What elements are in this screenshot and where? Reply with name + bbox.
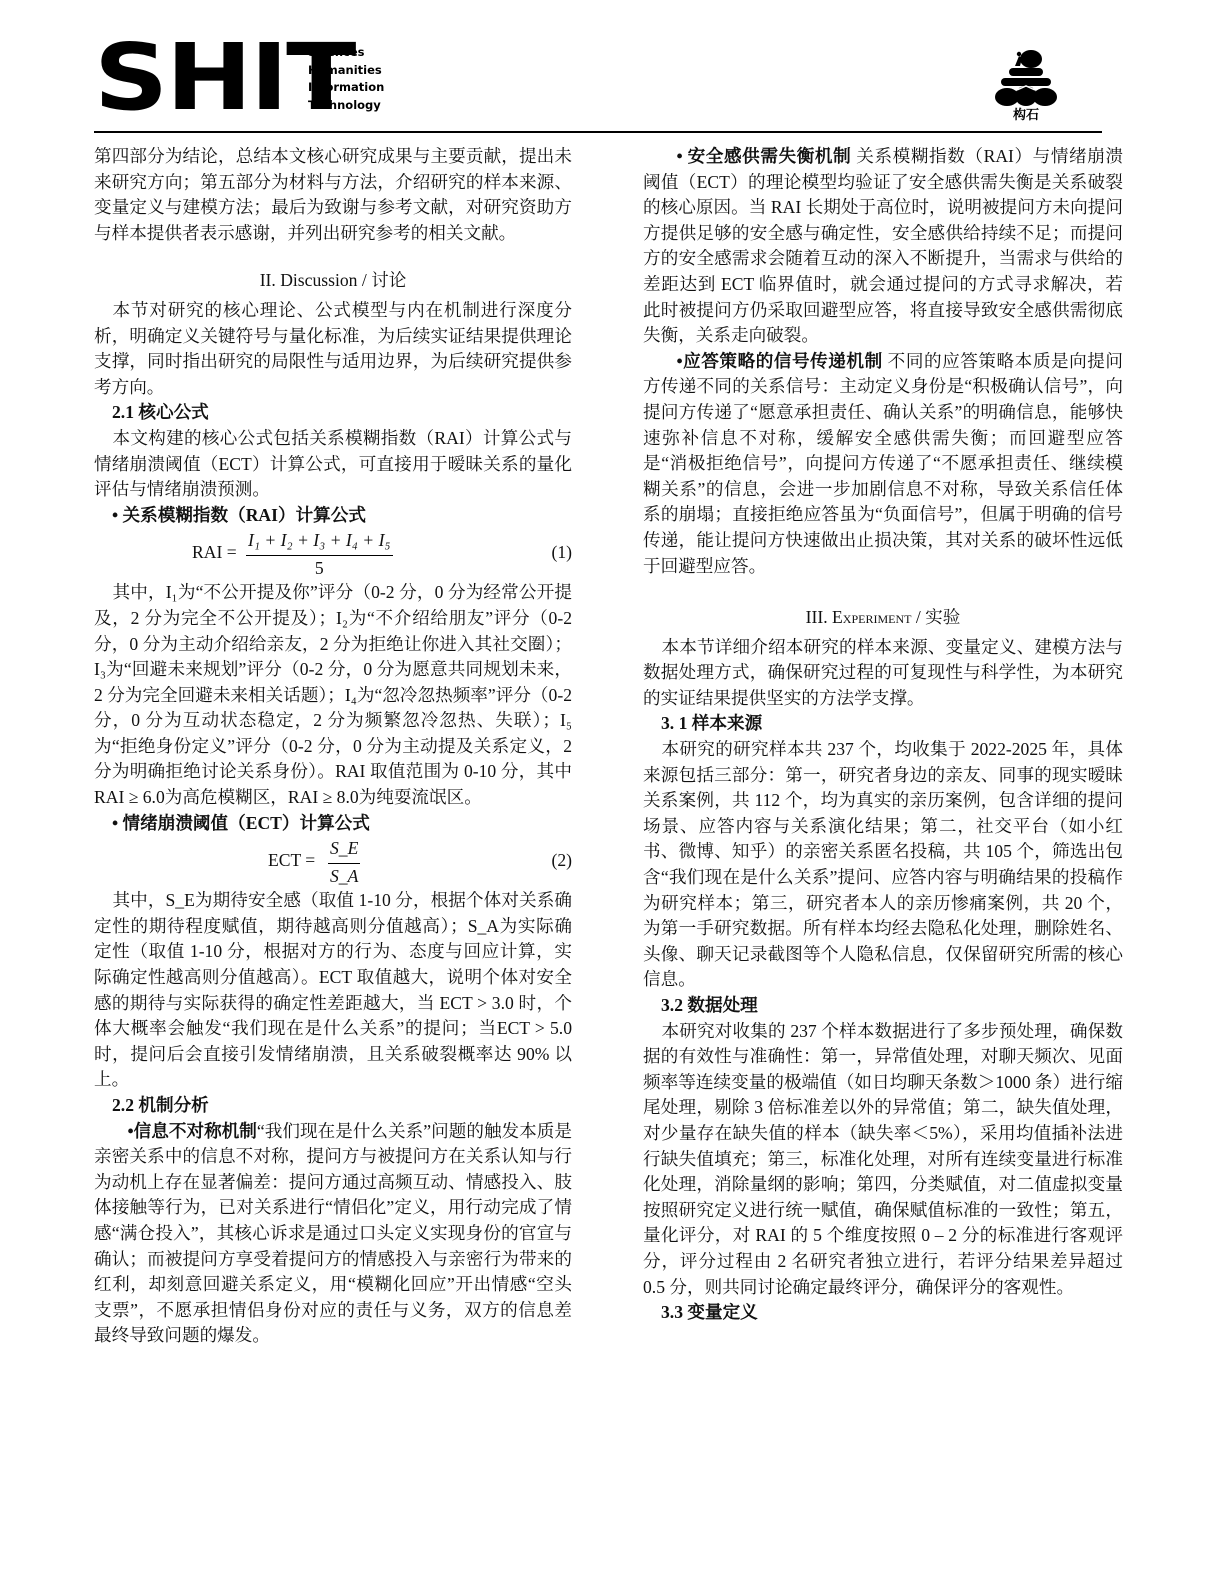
header-divider — [94, 131, 1102, 133]
equation-2-numerator: S_E — [328, 836, 360, 864]
mechanism-info-asymmetry: •信息不对称机制“我们现在是什么关系”问题的触发本质是亲密关系中的信息不对称，提… — [94, 1119, 572, 1349]
ect-formula-heading: • 情绪崩溃阈值（ECT）计算公式 — [112, 811, 572, 837]
equation-1: RAI = I₁ + I₂ + I₃ + I₄ + I₅ 5 (1) — [94, 528, 572, 580]
equation-2-number: (2) — [551, 848, 572, 874]
equation-2: ECT = S_E S_A (2) — [94, 836, 572, 888]
subsection-3-1-title: 3. 1 样本来源 — [661, 711, 1123, 737]
equation-2-fraction: S_E S_A — [328, 836, 360, 889]
section-3-number: III. — [806, 607, 832, 627]
equation-1-denominator: 5 — [246, 556, 393, 582]
mechanism-body: 关系模糊指数（RAI）与情绪崩溃阈值（ECT）的理论模型均验证了安全感供需失衡是… — [643, 146, 1123, 345]
subsection-3-2-body: 本研究对收集的 237 个样本数据进行了多步预处理，确保数据的有效性与准确性：第… — [643, 1019, 1123, 1301]
section-3-title: III. Experiment / 实验 — [643, 605, 1123, 631]
section-2-intro: 本节对研究的核心理论、公式模型与内在机制进行深度分析，明确定义关键符号与量化标准… — [94, 298, 572, 400]
ect-explanation: 其中，S_E为期待安全感（取值 1-10 分，根据个体对关系确定性的期待程度赋值… — [94, 888, 572, 1093]
rai-formula-heading: • 关系模糊指数（RAI）计算公式 — [112, 503, 572, 529]
equation-1-numerator: I₁ + I₂ + I₃ + I₄ + I₅ — [246, 528, 393, 556]
logo-line: Information — [308, 79, 384, 97]
mechanism-body: “我们现在是什么关系”问题的触发本质是亲密关系中的信息不对称，提问方与被提问方在… — [94, 1121, 572, 1346]
equation-2-denominator: S_A — [328, 864, 360, 890]
left-column: 第四部分为结论，总结本文核心研究成果与主要贡献，提出未来研究方向；第五部分为材料… — [94, 144, 572, 1349]
subsection-2-2-title: 2.2 机制分析 — [112, 1093, 572, 1119]
rai-explanation: 其中，I₁为“不公开提及你”评分（0-2 分，0 分为经常公开提及，2 分为完全… — [94, 580, 572, 810]
section-3-title-zh: / 实验 — [911, 607, 960, 627]
right-column: • 安全感供需失衡机制 关系模糊指数（RAI）与情绪崩溃阈值（ECT）的理论模型… — [643, 144, 1123, 1326]
journal-logo-subtitle: Sciences Humanities Information Technolo… — [308, 44, 384, 114]
logo-line: Technology — [308, 97, 384, 115]
section-3-intro: 本本节详细介绍本研究的样本来源、变量定义、建模方法与数据处理方式，确保研究过程的… — [643, 635, 1123, 712]
stone-pile-icon — [993, 46, 1059, 108]
mechanism-title: •应答策略的信号传递机制 — [676, 351, 882, 371]
intro-paragraph: 第四部分为结论，总结本文核心研究成果与主要贡献，提出未来研究方向；第五部分为材料… — [94, 144, 572, 246]
equation-1-lhs: RAI = — [192, 540, 237, 566]
section-2-title: II. Discussion / 讨论 — [94, 268, 572, 294]
subsection-2-1-intro: 本文构建的核心公式包括关系模糊指数（RAI）计算公式与情绪崩溃阈值（ECT）计算… — [94, 426, 572, 503]
logo-line: Sciences — [308, 44, 384, 62]
subsection-3-3-title: 3.3 变量定义 — [661, 1300, 1123, 1326]
journal-header: SHIT Sciences Humanities Information Tec… — [94, 40, 1102, 130]
mechanism-signal-transmission: •应答策略的信号传递机制 不同的应答策略本质是向提问方传递不同的关系信号：主动定… — [643, 349, 1123, 579]
logo-line: Humanities — [308, 62, 384, 80]
mechanism-title: •信息不对称机制 — [127, 1121, 256, 1141]
mechanism-security-imbalance: • 安全感供需失衡机制 关系模糊指数（RAI）与情绪崩溃阈值（ECT）的理论模型… — [643, 144, 1123, 349]
mechanism-body: 不同的应答策略本质是向提问方传递不同的关系信号：主动定义身份是“积极确认信号”，… — [643, 351, 1123, 576]
subsection-2-1-title: 2.1 核心公式 — [112, 400, 572, 426]
subsection-3-1-body: 本研究的研究样本共 237 个，均收集于 2022-2025 年，具体来源包括三… — [643, 737, 1123, 993]
equation-1-fraction: I₁ + I₂ + I₃ + I₄ + I₅ 5 — [246, 528, 393, 581]
subsection-3-2-title: 3.2 数据处理 — [661, 993, 1123, 1019]
publisher-emblem: 构石 — [990, 46, 1062, 126]
equation-2-lhs: ECT = — [268, 848, 315, 874]
mechanism-title: • 安全感供需失衡机制 — [676, 146, 851, 166]
section-3-title-en: Experiment — [832, 607, 911, 627]
emblem-label: 构石 — [990, 108, 1062, 124]
equation-1-number: (1) — [551, 540, 572, 566]
